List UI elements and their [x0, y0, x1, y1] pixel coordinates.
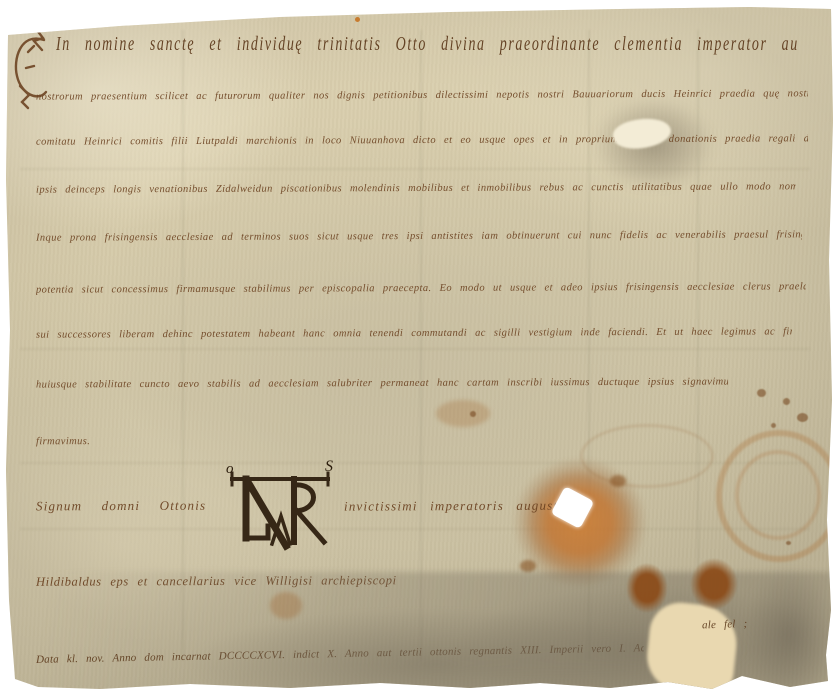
- crease-vertical: [420, 30, 422, 660]
- ink-speck: [771, 423, 776, 428]
- signum-text-left: Signum domni Ottonis: [36, 498, 221, 515]
- monogram-letter-s: S: [325, 458, 333, 475]
- orange-speck: [355, 17, 360, 22]
- small-stain: [436, 400, 490, 427]
- text-line-9: firmavimus.: [36, 436, 176, 448]
- monogram-letter-o: o: [226, 461, 234, 477]
- stain-rim-spot: [520, 560, 536, 572]
- crease-horizontal: [20, 348, 810, 350]
- ink-speck: [786, 541, 791, 545]
- ink-speck: [470, 411, 476, 417]
- photo-of-charter: In nomine sanctę et individuę trinitatis…: [0, 0, 834, 700]
- crease-horizontal: [20, 528, 810, 530]
- ink-speck: [783, 398, 790, 405]
- parchment: In nomine sanctę et individuę trinitatis…: [0, 0, 834, 700]
- ink-speck: [797, 413, 808, 422]
- crease-vertical: [182, 30, 184, 660]
- ink-speck: [757, 389, 766, 397]
- corner-shade: [742, 565, 834, 700]
- text-line-1: In nomine sanctę et individuę trinitatis…: [56, 34, 798, 57]
- water-ring-stain-inner: [735, 450, 821, 540]
- dark-blob-stain: [626, 563, 668, 613]
- otto-monogram: o S: [222, 458, 342, 552]
- faint-ring-stain: [580, 424, 714, 488]
